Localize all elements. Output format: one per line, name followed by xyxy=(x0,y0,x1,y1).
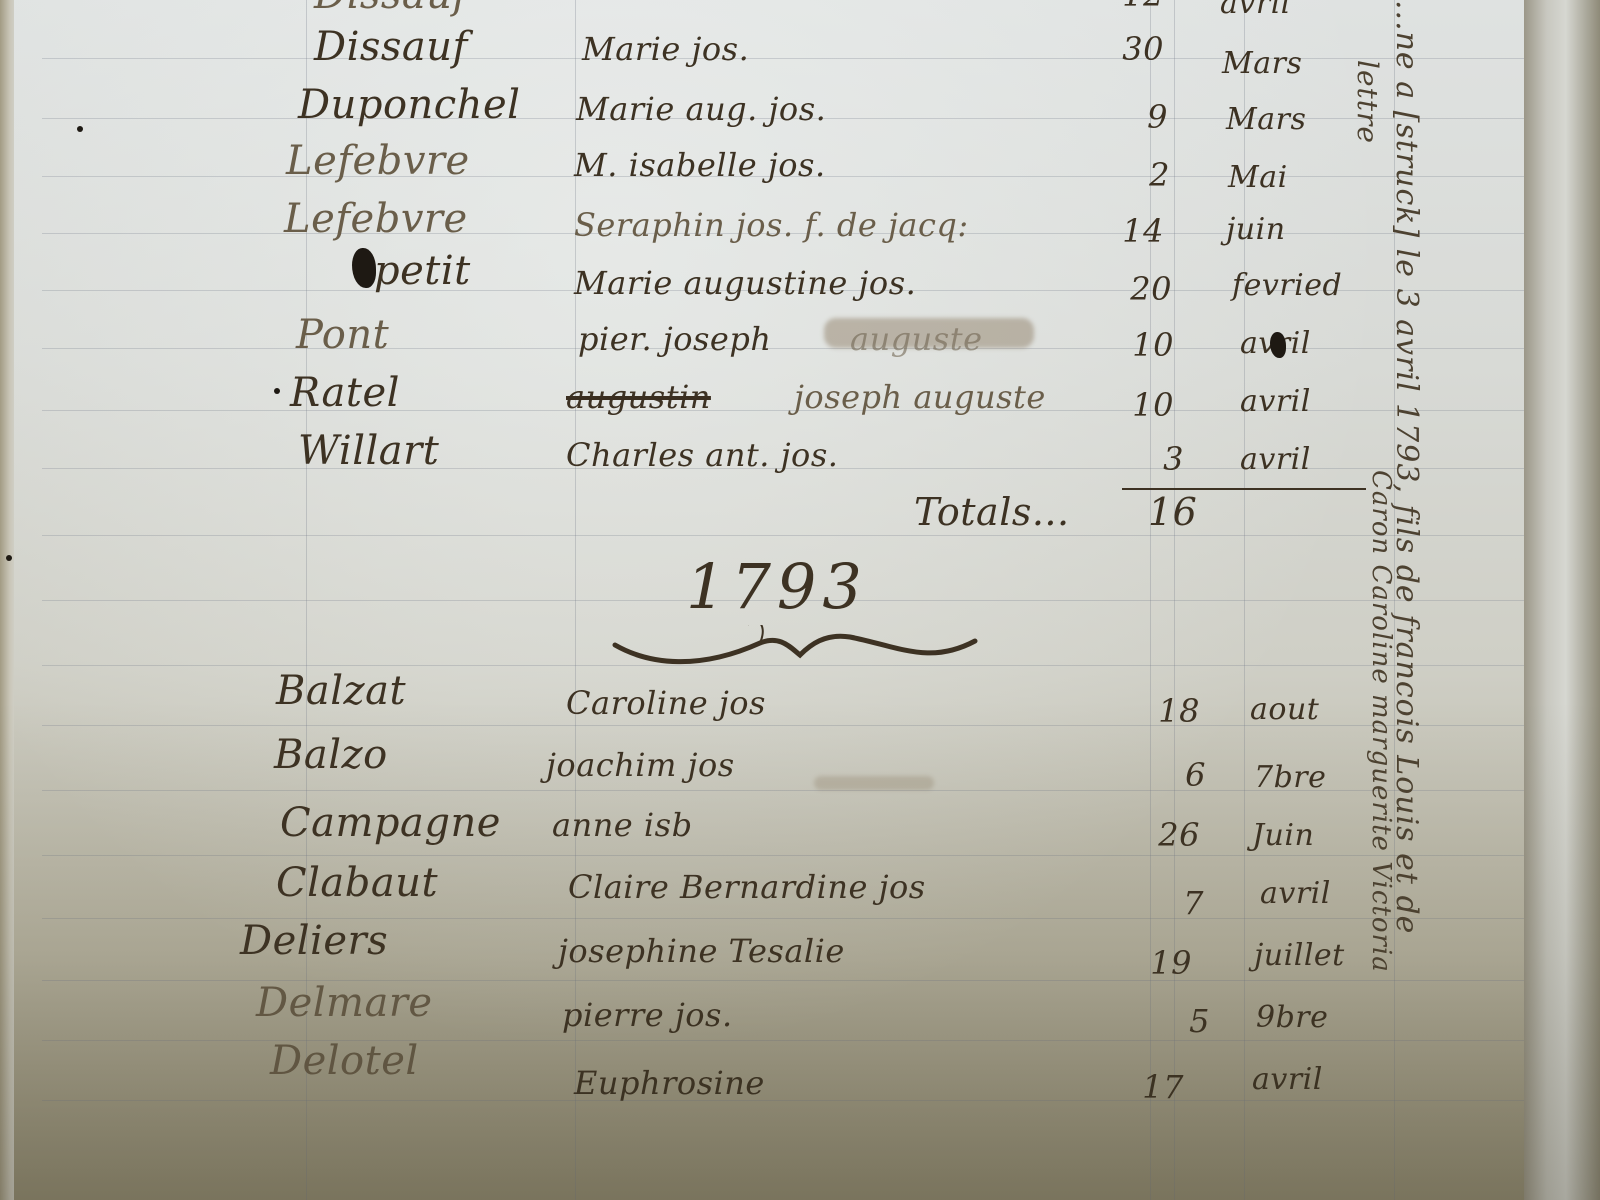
entry-month: avril xyxy=(1240,384,1311,419)
entry-month: 9bre xyxy=(1256,1000,1328,1035)
entry-given-names: Marie jos. xyxy=(582,30,749,68)
entry-month: juin xyxy=(1226,212,1286,247)
entry-month: juillet xyxy=(1254,938,1345,973)
total-label: Totals... xyxy=(914,490,1070,534)
entry-given-names: Marie augustine jos. xyxy=(574,264,916,302)
entry-surname-partial: Dissauf xyxy=(314,0,468,18)
margin-note-inner-bottom: Caron Caroline marguerite Victoria xyxy=(1366,470,1396,973)
entry-given-names: Charles ant. jos. xyxy=(566,436,838,474)
entry-surname: Lefebvre xyxy=(286,138,470,184)
ruled-line xyxy=(42,535,1532,536)
smudge xyxy=(814,776,934,790)
entry-day: 20 xyxy=(1102,270,1172,308)
entry-month: aout xyxy=(1250,692,1319,727)
ruled-line xyxy=(42,58,1532,59)
entry-day: 14 xyxy=(1094,212,1164,250)
entry-surname: Clabaut xyxy=(276,860,438,906)
book-gutter xyxy=(1524,0,1600,1200)
entry-day: 7 xyxy=(1134,884,1204,922)
entry-month: Mars xyxy=(1222,46,1302,81)
ink-blot xyxy=(1270,332,1286,358)
ruled-line xyxy=(42,1100,1532,1101)
entry-day: 19 xyxy=(1122,944,1192,982)
entry-surname: Deliers xyxy=(240,918,388,964)
entry-day: 3 xyxy=(1114,440,1184,478)
entry-given-names: Claire Bernardine jos xyxy=(568,868,926,906)
entry-surname: Duponchel xyxy=(298,82,520,128)
entry-given-names: joseph auguste xyxy=(794,378,1046,416)
entry-day: 9 xyxy=(1098,98,1168,136)
total-value: 16 xyxy=(1148,490,1197,534)
entry-month: avril xyxy=(1252,1062,1323,1097)
entry-given-names: josephine Tesalie xyxy=(558,932,845,970)
entry-day: 10 xyxy=(1104,386,1174,424)
entry-given-names: pierre jos. xyxy=(562,996,733,1034)
entry-month: 7bre xyxy=(1254,760,1326,795)
entry-surname: Pont xyxy=(296,312,389,358)
entry-surname: Delmare xyxy=(256,980,433,1026)
entry-day: 26 xyxy=(1130,816,1200,854)
entry-month: Juin xyxy=(1252,818,1314,853)
ruled-line xyxy=(42,855,1532,856)
entry-month-partial: avril xyxy=(1220,0,1291,21)
register-page: Dissauf 12 avril Dissauf Marie jos. 30 M… xyxy=(14,0,1524,1200)
entry-month: Mars xyxy=(1226,102,1306,137)
margin-note-inner-top: lettre xyxy=(1351,60,1384,144)
entry-surname: Balzo xyxy=(274,732,388,778)
entry-month: fevried xyxy=(1232,268,1342,303)
ink-speck xyxy=(6,555,12,561)
entry-surname: Delotel xyxy=(270,1038,419,1084)
flourish-ornament xyxy=(610,625,980,675)
entry-day-partial: 12 xyxy=(1094,0,1164,14)
entry-given-names: anne isb xyxy=(552,806,693,844)
ink-speck xyxy=(77,126,83,132)
entry-day: 10 xyxy=(1104,326,1174,364)
entry-surname: Balzat xyxy=(276,668,406,714)
entry-surname: Dissauf xyxy=(314,24,468,70)
entry-month: Mai xyxy=(1228,160,1288,195)
entry-given-names: Euphrosine xyxy=(574,1064,765,1102)
entry-surname: Willart xyxy=(298,428,439,474)
entry-surname: Lefebvre xyxy=(284,196,468,242)
ink-speck xyxy=(274,388,280,394)
entry-surname: Ratel xyxy=(290,370,400,416)
ink-blot xyxy=(352,248,376,288)
entry-surname: Campagne xyxy=(280,800,501,846)
entry-given-names: Caroline jos xyxy=(566,684,766,722)
entry-surname: petit xyxy=(374,248,471,294)
entry-given-names: Seraphin jos. f. de jacq: xyxy=(574,206,969,244)
entry-day: 6 xyxy=(1136,756,1206,794)
entry-given-names: Marie aug. jos. xyxy=(576,90,826,128)
entry-month: avril xyxy=(1240,442,1311,477)
entry-day: 17 xyxy=(1114,1068,1184,1106)
entry-given-names-struck: auguste xyxy=(850,320,983,358)
ruled-line xyxy=(42,1040,1532,1041)
entry-given-names: M. isabelle jos. xyxy=(574,146,826,184)
entry-day: 2 xyxy=(1100,156,1170,194)
entry-day: 5 xyxy=(1140,1002,1210,1040)
entry-given-names: pier. joseph xyxy=(578,320,771,358)
entry-day: 30 xyxy=(1094,30,1164,68)
entry-day: 18 xyxy=(1130,692,1200,730)
register-photo: Dissauf 12 avril Dissauf Marie jos. 30 M… xyxy=(0,0,1600,1200)
entry-given-names-struck: augustin xyxy=(566,378,711,416)
entry-given-names: joachim jos xyxy=(546,746,735,784)
entry-month: avril xyxy=(1260,876,1331,911)
year-heading: 1793 xyxy=(686,550,868,623)
